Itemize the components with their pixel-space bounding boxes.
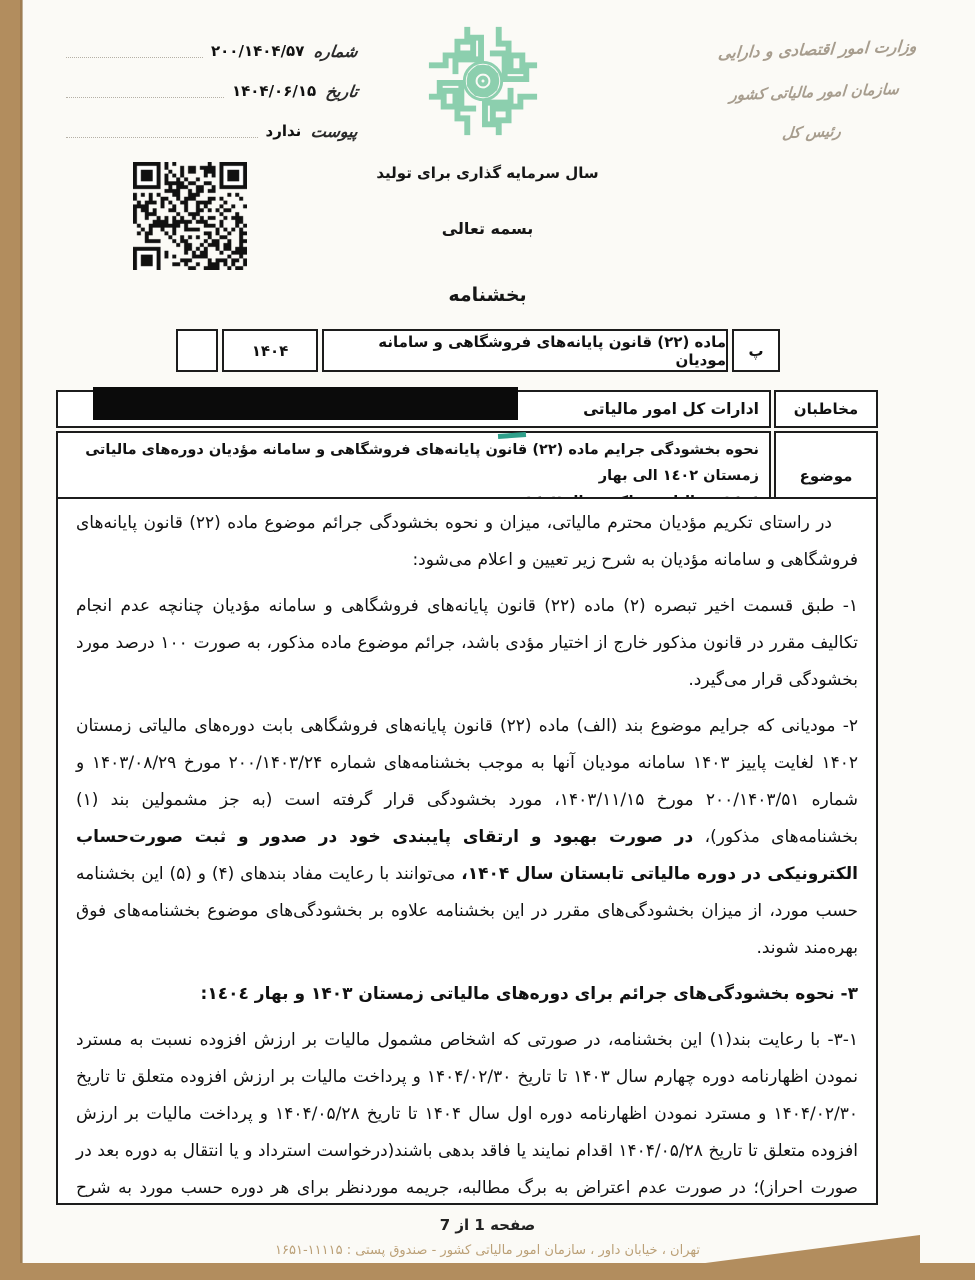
meta-number-label: شماره	[313, 42, 359, 61]
meta-date-label: تاریخ	[325, 82, 360, 101]
classification-subject-cell: ماده (۲۲) قانون پایانه‌های فروشگاهی و سا…	[322, 329, 728, 372]
subject-line-1: نحوه بخشودگی جرایم ماده (۲۲) قانون پایان…	[68, 437, 759, 489]
circular-body-text: در راستای تکریم مؤدیان محترم مالیاتی، می…	[56, 497, 878, 1205]
meta-attachment-row: پیوست ندارد	[58, 118, 358, 144]
letter-meta: شماره ۲۰۰/۱۴۰۴/۵۷ تاریخ ۱۴۰۴/۰۶/۱۵ پیوست…	[58, 38, 358, 158]
redaction-bar	[93, 387, 518, 420]
meta-attachment-value: ندارد	[266, 122, 302, 140]
letterhead: وزارت امور اقتصادی و دارایی سازمان امور …	[678, 23, 952, 157]
page-edge-shadow	[20, 0, 23, 1263]
dotted-rule	[66, 137, 258, 138]
basmala-text: بسمه تعالی	[0, 219, 975, 238]
backdrop-wedge	[690, 1235, 920, 1265]
body-paragraph: ۳- نحوه بخشودگی‌های جرائم برای دوره‌های …	[76, 976, 858, 1013]
dotted-rule	[66, 57, 203, 58]
body-paragraph: ۲- مودیانی که جرایم موضوع بند (الف) ماده…	[76, 708, 858, 967]
page-number: صفحه 1 از 7	[0, 1216, 975, 1234]
letterhead-ministry: وزارت امور اقتصادی و دارایی	[683, 23, 951, 76]
meta-attachment-label: پیوست	[310, 122, 359, 141]
document-photo-background: { "colors":{ "backdrop":"#b28d5e", "pape…	[0, 0, 975, 1280]
slogan-text: سال سرمایه گذاری برای تولید	[0, 164, 975, 182]
body-paragraph: ۱- طبق قسمت اخیر تبصره (۲) ماده (۲۲) قان…	[76, 588, 858, 699]
classification-table: پ ماده (۲۲) قانون پایانه‌های فروشگاهی و …	[158, 329, 780, 372]
document-type-title: بخشنامه	[0, 284, 975, 306]
body-paragraph: ۳-۱- با رعایت بند(۱) این بخشنامه، در صور…	[76, 1022, 858, 1205]
meta-date-value: ۱۴۰۴/۰۶/۱۵	[232, 82, 316, 100]
dotted-rule	[66, 97, 224, 98]
meta-number-row: شماره ۲۰۰/۱۴۰۴/۵۷	[58, 38, 358, 64]
meta-number-value: ۲۰۰/۱۴۰۴/۵۷	[211, 42, 304, 60]
body-paragraph: در راستای تکریم مؤدیان محترم مالیاتی، می…	[76, 505, 858, 579]
classification-year-cell: ۱۴۰۴	[222, 329, 318, 372]
classification-letter-cell: پ	[732, 329, 780, 372]
tax-administration-logo-icon	[424, 22, 542, 140]
classification-empty-cell	[176, 329, 218, 372]
meta-date-row: تاریخ ۱۴۰۴/۰۶/۱۵	[58, 78, 358, 104]
recipients-label: مخاطبان	[774, 390, 878, 428]
